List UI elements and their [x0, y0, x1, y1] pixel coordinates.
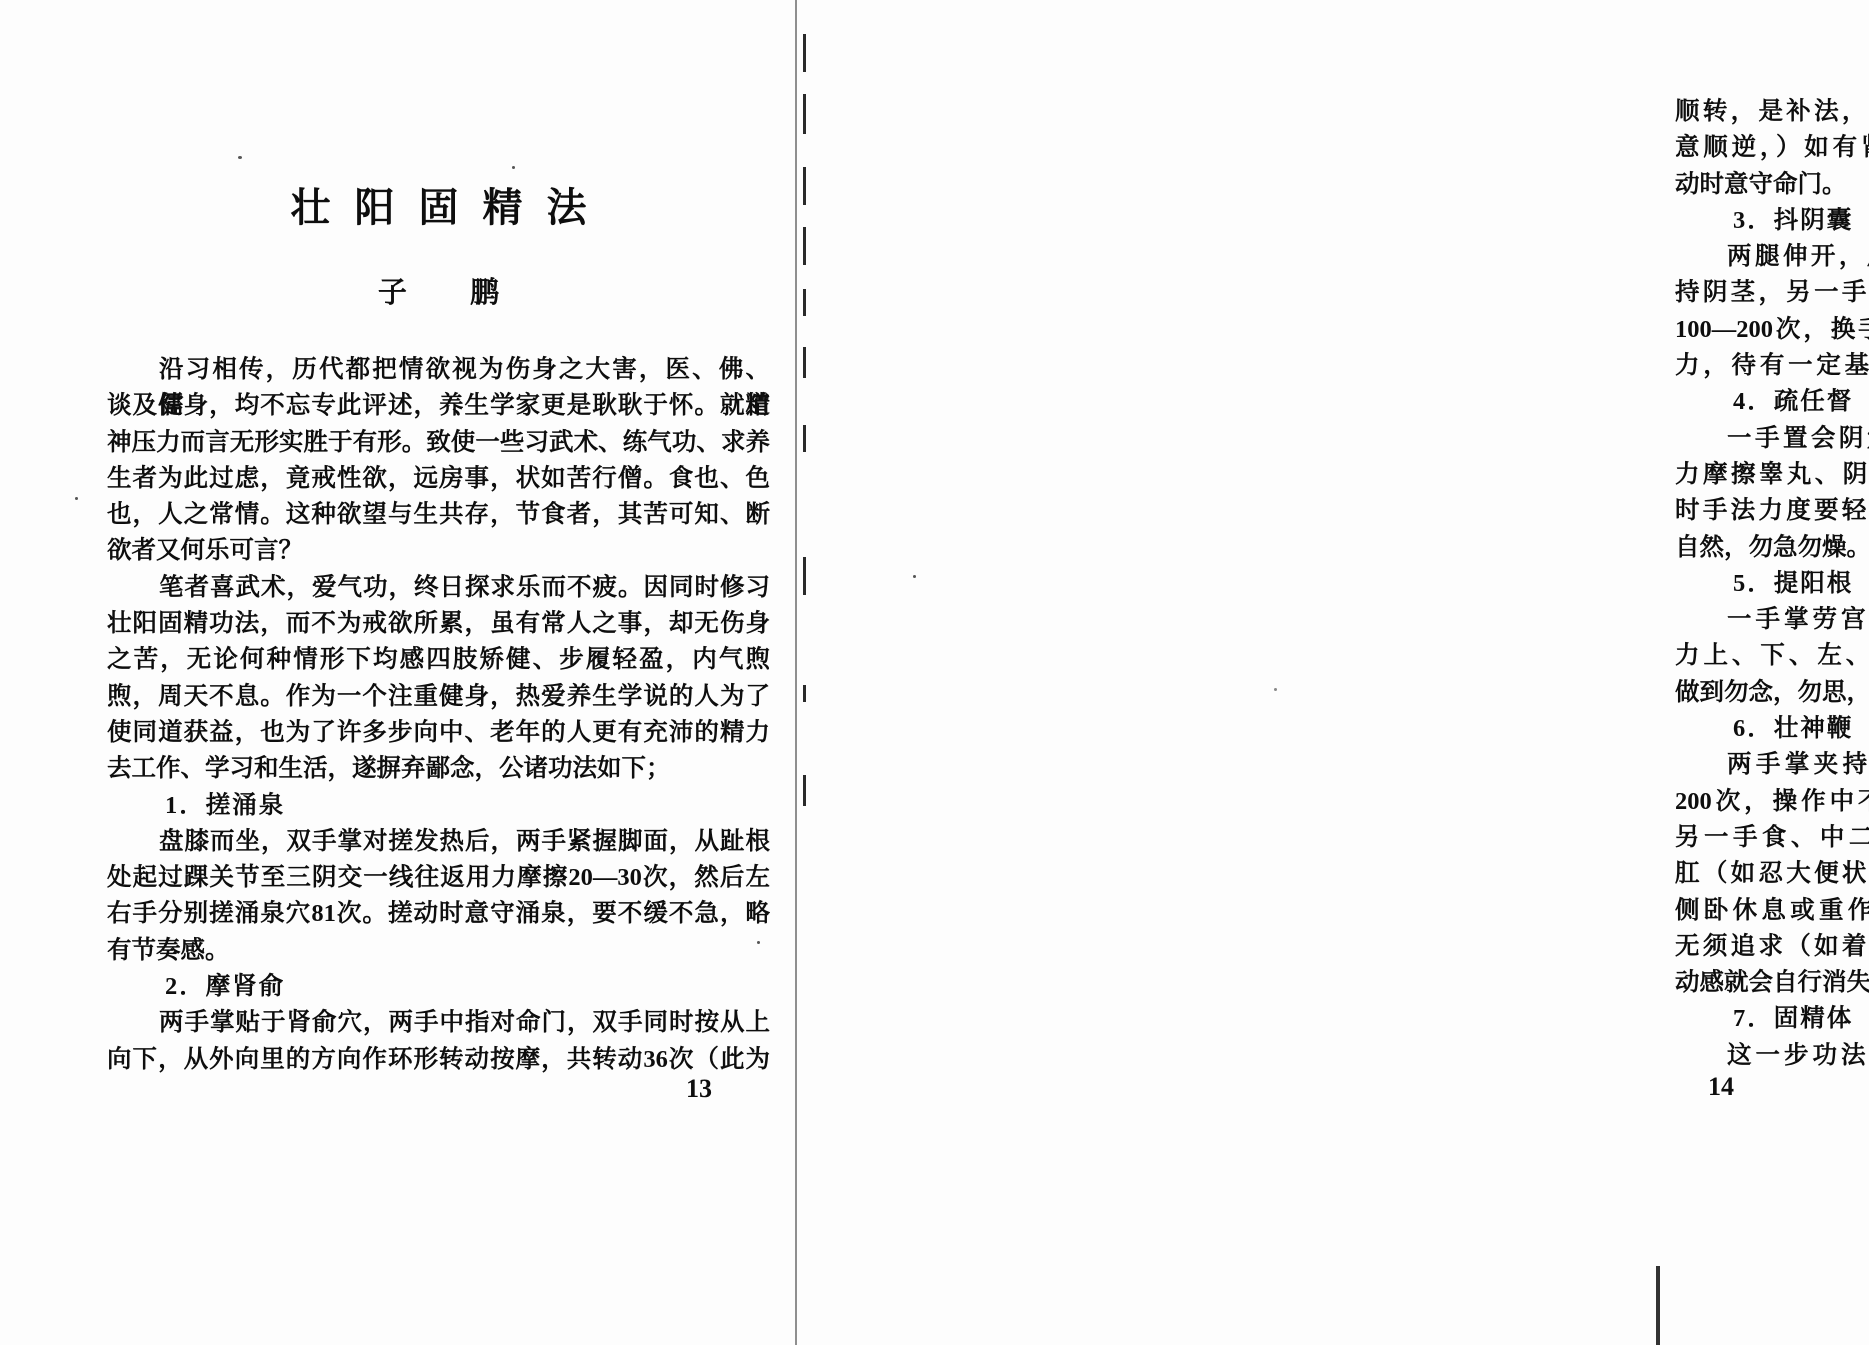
text-line: 向下，从外向里的方向作环形转动按摩，共转动36次（此为	[107, 1042, 770, 1078]
text-line: 侧卧休息或重作5、6节则效果更佳。如无冲动感则更好，	[1675, 893, 1869, 929]
text-line: 煦，周天不息。作为一个注重健身，热爱养生学说的人为了	[107, 679, 770, 715]
text-line: 之苦，无论何种情形下均感四肢矫健、步履轻盈，内气煦	[107, 642, 770, 678]
right-page: 顺转，是补法，反之为泻，肾俞穴宜补不宜泻，转动时要注意顺逆，）如有肾虚、腰痛诸病…	[800, 0, 1869, 1345]
section-heading: 1．搓涌泉	[107, 788, 770, 824]
text-line: 笔者喜武术，爱气功，终日探求乐而不疲。因同时修习	[107, 570, 770, 606]
text-line: 使同道获益，也为了许多步向中、老年的人更有充沛的精力	[107, 715, 770, 751]
text-line: 一手置会阴穴、另一手侧放在曲骨穴，然后两手同时用	[1675, 421, 1869, 457]
scan-speck	[913, 575, 916, 578]
text-line: 两手掌夹持阴茎（龟头外露）逐渐加力来回搓动100—	[1675, 747, 1869, 783]
scan-speck	[1274, 688, 1277, 691]
text-line: 无须追求（如着意追求，则效果适反）随着功力的加深，冲	[1675, 929, 1869, 965]
text-line: 肛（如忍大便状）用意念控制之，待射精感完全消失后，再	[1675, 856, 1869, 892]
right-text-column: 顺转，是补法，反之为泻，肾俞穴宜补不宜泻，转动时要注意顺逆，）如有肾虚、腰痛诸病…	[1675, 94, 1869, 1074]
text-line: 欲者又何乐可言？	[107, 533, 770, 569]
text-line: 动感就会自行消失（阴茎勃起不为冲动）。	[1675, 965, 1869, 1001]
text-line: 处起过踝关节至三阴交一线往返用力摩擦20—30次，然后左	[107, 860, 770, 896]
author-name: 子 鹏	[107, 270, 770, 311]
text-line: 力上、下、左、右各提拉100次，操作时放松意守部位，要	[1675, 638, 1869, 674]
text-line: 这一步功法是在前6节修习百日后，适可进行。具体方	[1675, 1038, 1869, 1074]
text-line: 持阴茎，另一手食、中、无名三指托住阴囊下部，上下抖动	[1675, 275, 1869, 311]
text-line: 100—200次，换手再抖动100—200次，始做手法要轻，逐渐加	[1675, 312, 1869, 348]
left-page-number: 13	[686, 1074, 712, 1104]
section-heading: 5．提阳根	[1675, 566, 1869, 602]
text-line: 力摩擦睾丸、阴茎100次左右，换手再摩擦100次左右。初练	[1675, 457, 1869, 493]
text-line: 盘膝而坐，双手掌对搓发热后，两手紧握脚面，从趾根	[107, 824, 770, 860]
text-line: 壮阳固精功法，而不为戒欲所累，虽有常人之事，却无伤身	[107, 606, 770, 642]
left-page: 壮阳固精法 子 鹏 沿习相传，历代都把情欲视为伤身之大害，医、佛、儒、道谈及健身…	[0, 0, 795, 1345]
page-gutter-line	[795, 0, 797, 1345]
text-line: 一手掌劳宫穴贴丹田，另一手握阴茎（龟头外露），用	[1675, 602, 1869, 638]
text-line: 200次，操作中不能憋气，如产生射精感时，一手持阴茎，	[1675, 784, 1869, 820]
text-line: 动时意守命门。	[1675, 167, 1869, 203]
section-heading: 6．壮神鞭	[1675, 711, 1869, 747]
section-heading: 4．疏任督	[1675, 384, 1869, 420]
scan-speck	[238, 156, 242, 159]
scan-speck	[75, 497, 78, 500]
right-edge-mark	[1656, 1266, 1660, 1345]
text-line: 力，待有一定基础后，改为单掌上下拍打阴囊100—200次。	[1675, 348, 1869, 384]
chapter-title: 壮阳固精法	[107, 176, 770, 233]
left-text-column: 沿习相传，历代都把情欲视为伤身之大害，医、佛、儒、道谈及健身，均不忘专此评述，养…	[107, 352, 770, 1078]
text-line: 意顺逆，）如有肾虚、腰痛诸病者，可以增进转动次数，转	[1675, 130, 1869, 166]
text-line: 自然，勿急勿燥。	[1675, 530, 1869, 566]
text-line: 右手分别搓涌泉穴81次。搓动时意守涌泉，要不缓不急，略	[107, 896, 770, 932]
section-heading: 2．摩肾俞	[107, 969, 770, 1005]
text-line: 两手掌贴于肾俞穴，两手中指对命门，双手同时按从上	[107, 1005, 770, 1041]
section-heading: 3．抖阴囊	[1675, 203, 1869, 239]
text-line: 时手法力度要轻，以后逐渐增加，操练时要意守丹田，呼吸	[1675, 493, 1869, 529]
text-line: 做到勿念，勿思，勿守。	[1675, 675, 1869, 711]
text-line: 两腿伸开，后背靠实取半仰卧姿式，意守丹田，一手扶	[1675, 239, 1869, 275]
right-page-number: 14	[1708, 1072, 1734, 1102]
text-line: 有节奏感。	[107, 933, 770, 969]
text-line: 去工作、学习和生活，遂摒弃鄙念，公诸功法如下；	[107, 751, 770, 787]
text-line: 顺转，是补法，反之为泻，肾俞穴宜补不宜泻，转动时要注	[1675, 94, 1869, 130]
section-heading: 7．固精体	[1675, 1001, 1869, 1037]
text-line: 另一手食、中二指从输精管根部点压会阴穴，同时收腹提	[1675, 820, 1869, 856]
text-line: 神压力而言无形实胜于有形。致使一些习武术、练气功、求养	[107, 425, 770, 461]
text-line: 生者为此过虑，竟戒性欲，远房事，状如苦行僧。食也、色	[107, 461, 770, 497]
text-line: 谈及健身，均不忘专此评述，养生学家更是耿耿于怀。就精	[107, 388, 770, 424]
scan-speck	[757, 941, 760, 944]
scan-speck	[512, 166, 515, 169]
text-line: 也，人之常情。这种欲望与生共存，节食者，其苦可知、断	[107, 497, 770, 533]
text-line: 沿习相传，历代都把情欲视为伤身之大害，医、佛、儒、道	[107, 352, 770, 388]
